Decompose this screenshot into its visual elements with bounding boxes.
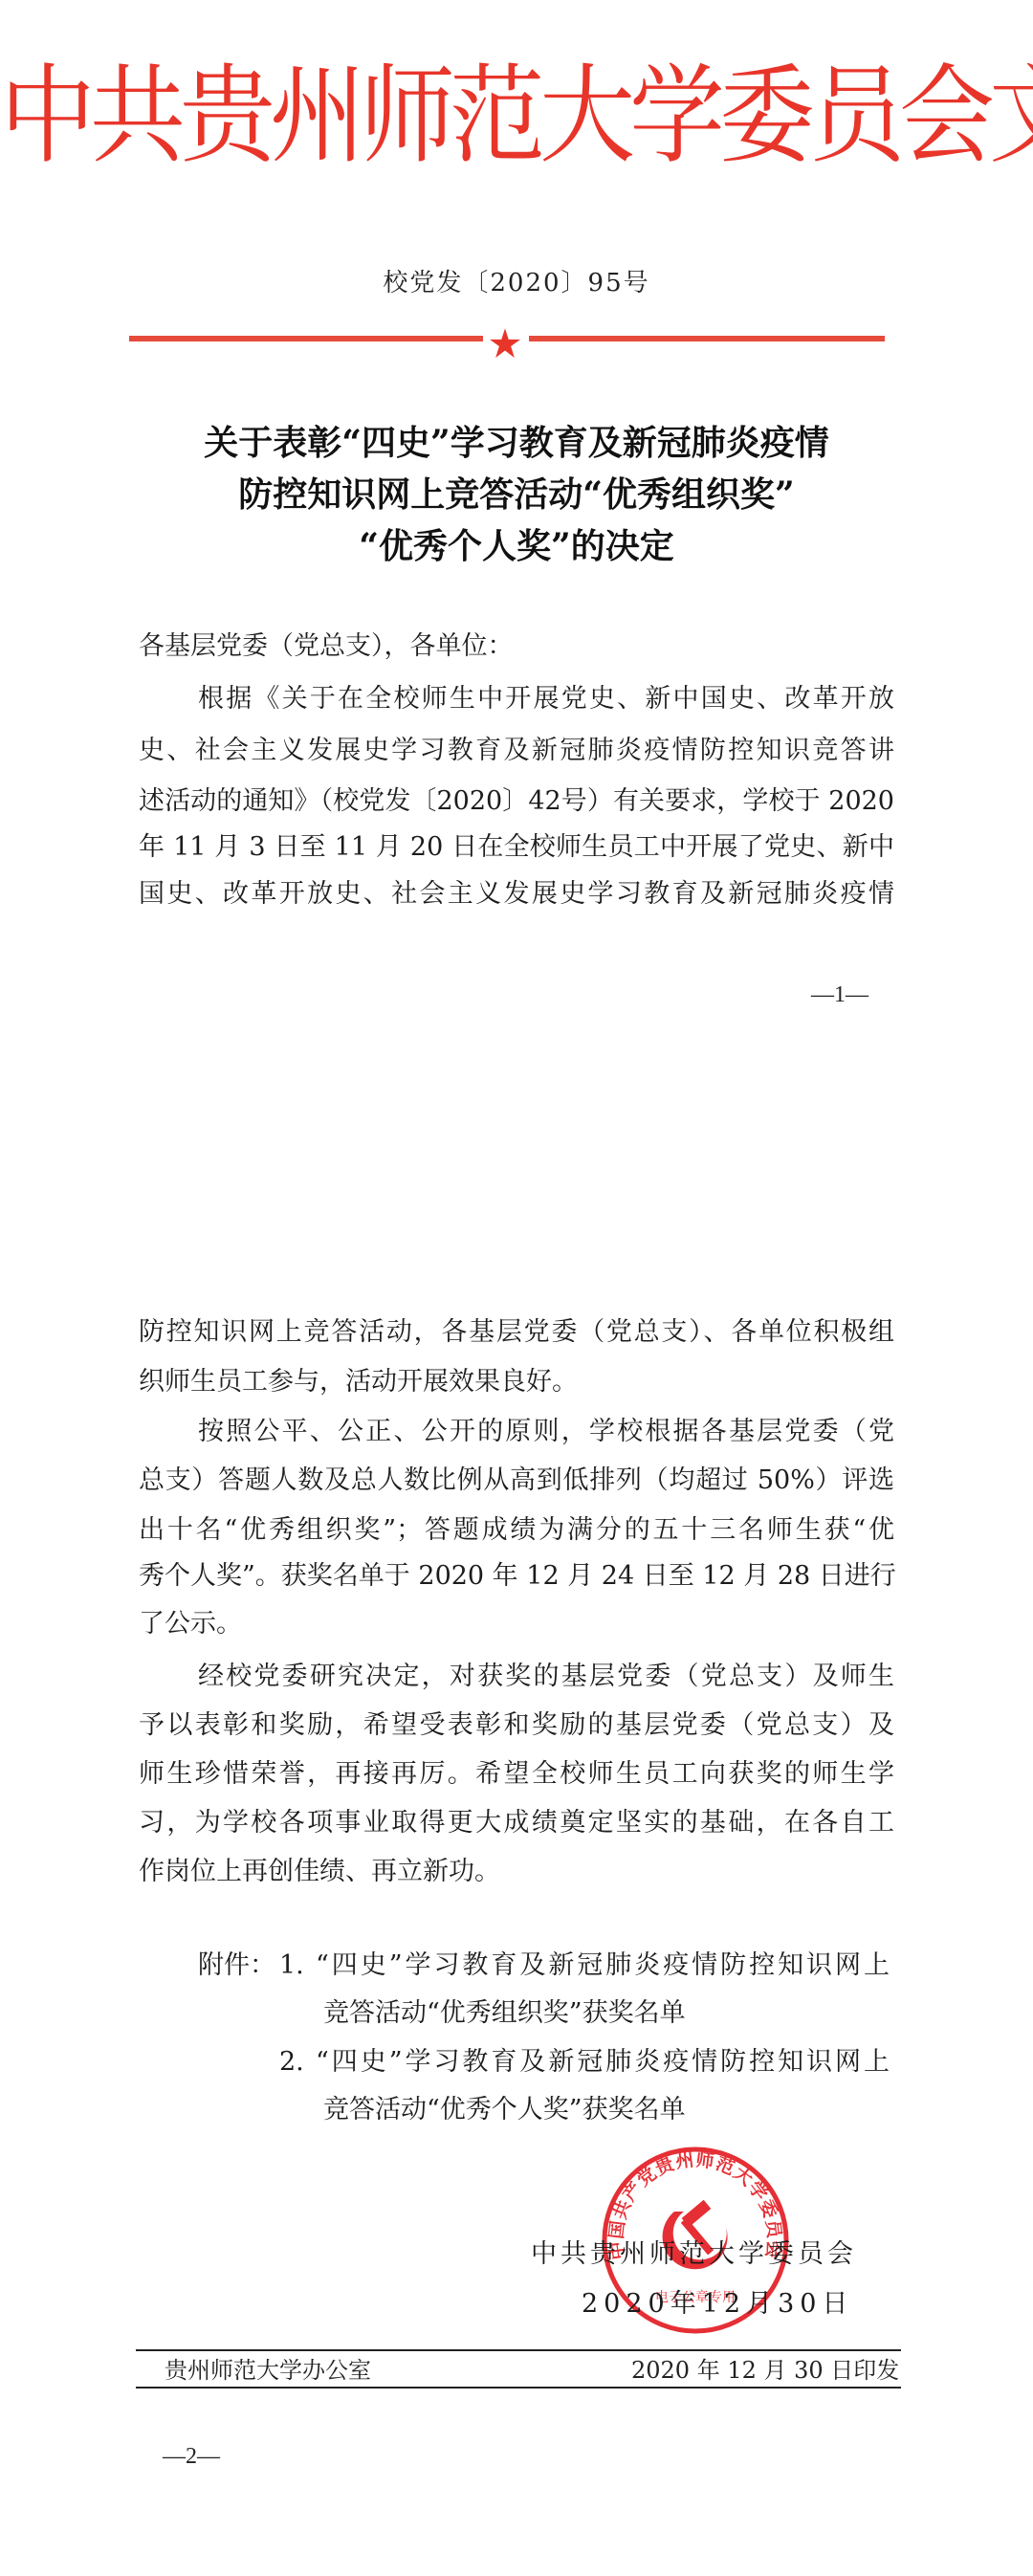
body-line: 年 11 月 3 日至 11 月 20 日在全校师生员工中开展了党史、新中 <box>139 830 894 865</box>
body-line: 国史、改革开放史、社会主义发展史学习教育及新冠肺炎疫情 <box>139 877 894 912</box>
body-line: 根据《关于在全校师生中开展党史、新中国史、改革开放 <box>198 682 894 716</box>
footer-issuer: 贵州师范大学办公室 <box>165 2356 371 2385</box>
body-line: 了公示。 <box>139 1607 894 1641</box>
document-number: 校党发〔2020〕95号 <box>0 268 1033 298</box>
document-title-line-2: 防控知识网上竞答活动“优秀组织奖” <box>0 469 1033 520</box>
attachment-1-line-2: 竞答活动“优秀组织奖”获奖名单 <box>323 1996 686 2031</box>
page-number-1: —1— <box>811 980 868 1009</box>
body-line: 按照公平、公正、公开的原则，学校根据各基层党委（党 <box>198 1415 894 1449</box>
signature-organization: 中共贵州师范大学委员会 <box>531 2239 857 2270</box>
attachment-2-line-2: 竞答活动“优秀个人奖”获奖名单 <box>323 2093 686 2127</box>
body-line: 作岗位上再创佳绩、再立新功。 <box>139 1855 894 1889</box>
body-line: 总支）答题人数及总人数比例从高到低排列（均超过 50%）评选 <box>139 1464 894 1498</box>
salutation: 各基层党委（党总支），各单位： <box>139 629 894 664</box>
body-line: 防控知识网上竞答活动，各基层党委（党总支）、各单位积极组 <box>139 1315 894 1350</box>
signature-date: 2020年12月30日 <box>582 2289 853 2320</box>
body-line: 经校党委研究决定，对获奖的基层党委（党总支）及师生 <box>198 1660 894 1694</box>
body-line: 秀个人奖”。获奖名单于 2020 年 12 月 24 日至 12 月 28 日进… <box>139 1559 894 1594</box>
attachment-1-line-1: “四史”学习教育及新冠肺炎疫情防控知识网上 <box>316 1949 890 1983</box>
red-rule-left <box>129 336 483 341</box>
footer-bottom-rule <box>136 2387 901 2389</box>
document-title-line-3: “优秀个人奖”的决定 <box>0 520 1033 572</box>
document-title-line-1: 关于表彰“四史”学习教育及新冠肺炎疫情 <box>0 417 1033 469</box>
body-line: 师生珍惜荣誉，再接再厉。希望全校师生员工向获奖的师生学 <box>139 1757 894 1792</box>
red-star-icon <box>489 327 521 360</box>
footer-print-date: 2020 年 12 月 30 日印发 <box>631 2356 899 2385</box>
document-issuer-title: 中共贵州师范大学委员会文件 <box>0 50 1033 183</box>
attachment-1-number: 1. <box>279 1949 304 1983</box>
attachment-2-line-1: “四史”学习教育及新冠肺炎疫情防控知识网上 <box>316 2045 890 2080</box>
body-line: 史、社会主义发展史学习教育及新冠肺炎疫情防控知识竞答讲 <box>139 734 894 768</box>
body-line: 述活动的通知》（校党发〔2020〕42号）有关要求，学校于 2020 <box>139 784 894 819</box>
footer-top-rule <box>136 2349 901 2351</box>
body-line: 习，为学校各项事业取得更大成绩奠定坚实的基础，在各自工 <box>139 1806 894 1840</box>
body-line: 织师生员工参与，活动开展效果良好。 <box>139 1365 894 1399</box>
red-rule-right <box>529 336 885 341</box>
body-line: 出十名“优秀组织奖”；答题成绩为满分的五十三名师生获“优 <box>139 1513 894 1548</box>
attachment-2-number: 2. <box>279 2045 304 2080</box>
attachments-label: 附件： <box>198 1949 275 1983</box>
page-number-2: —2— <box>163 2442 220 2471</box>
body-line: 予以表彰和奖励，希望受表彰和奖励的基层党委（党总支）及 <box>139 1708 894 1743</box>
